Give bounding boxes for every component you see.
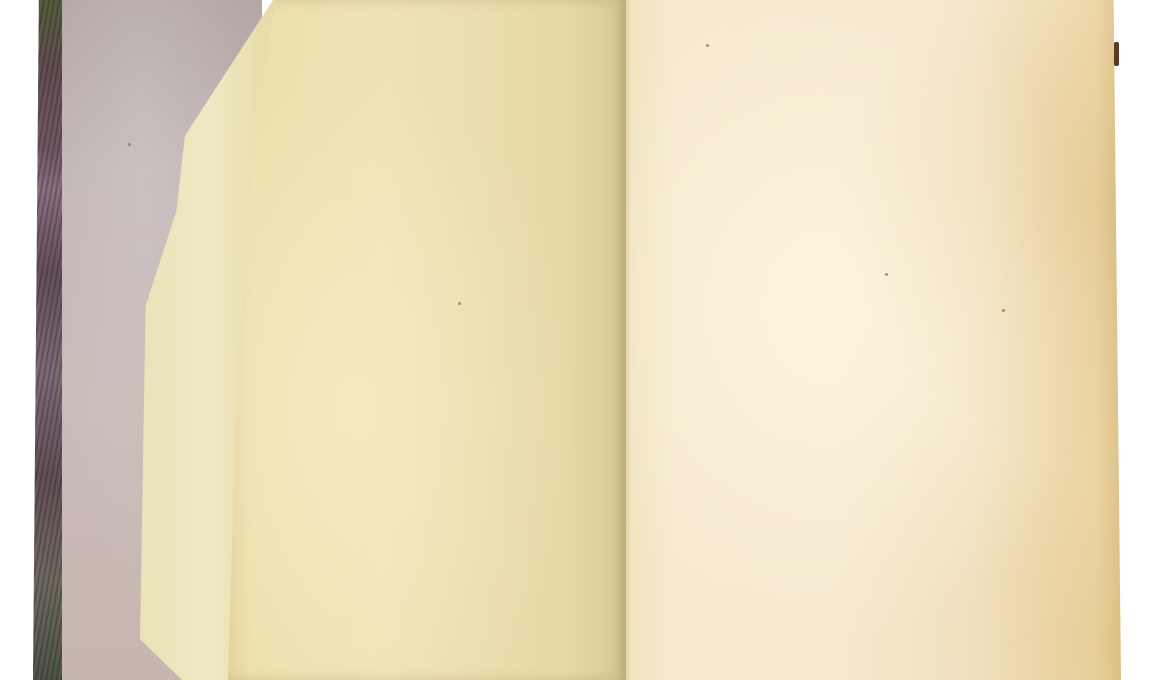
book-photo bbox=[0, 0, 1160, 680]
paper-speck bbox=[885, 273, 888, 276]
paper-speck bbox=[128, 143, 131, 146]
page-edge-tab bbox=[1114, 42, 1119, 66]
paper-speck bbox=[458, 302, 461, 305]
left-page bbox=[228, 0, 626, 680]
paper-speck bbox=[706, 44, 709, 47]
center-fold bbox=[616, 0, 632, 680]
right-page bbox=[626, 0, 1121, 680]
paper-speck bbox=[1002, 309, 1005, 312]
